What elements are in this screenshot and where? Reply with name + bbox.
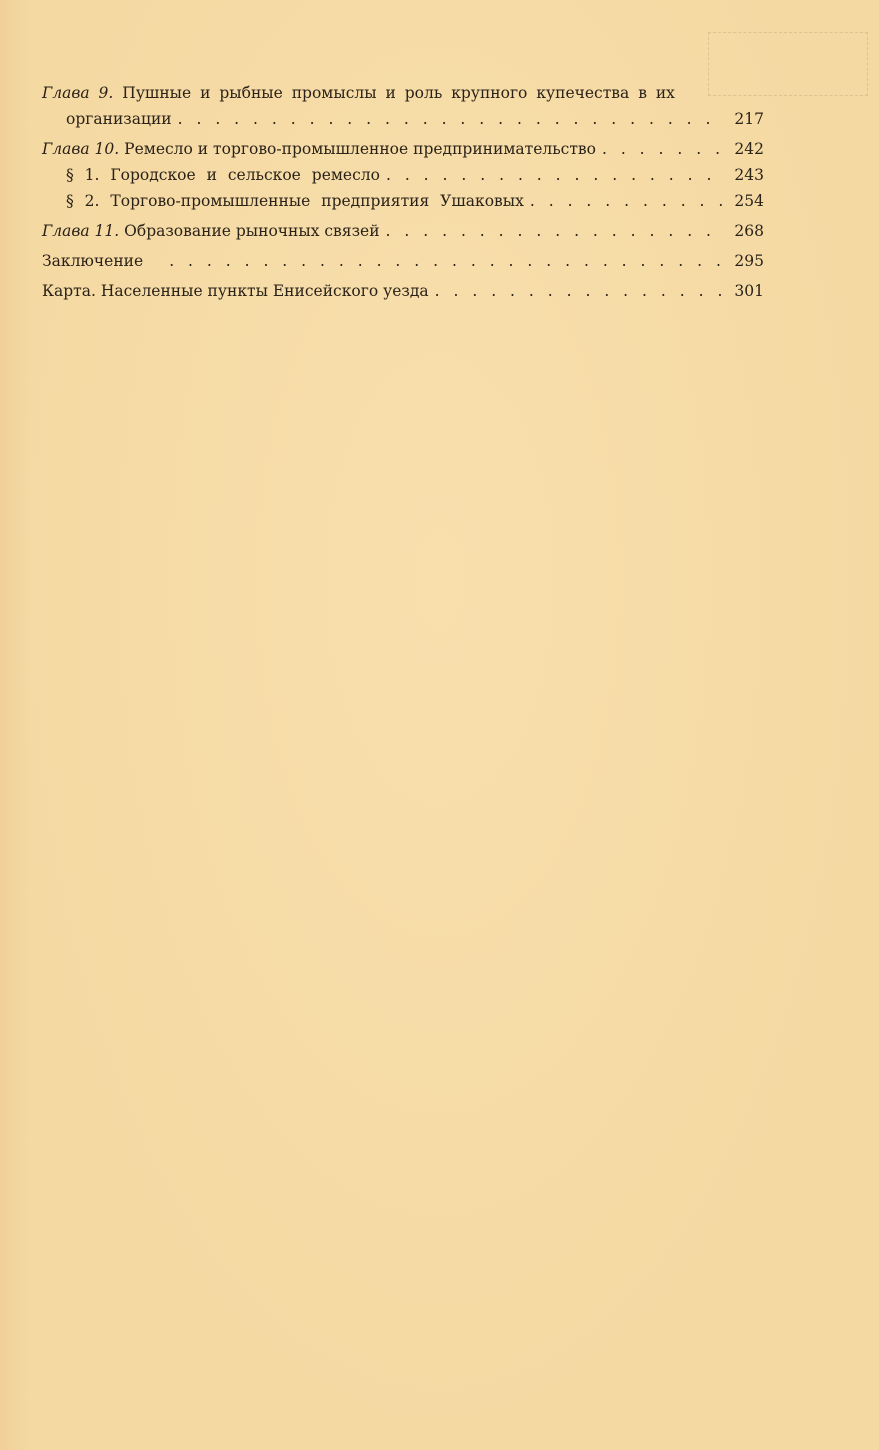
page-number: 243	[732, 162, 764, 188]
page-number: 217	[732, 106, 764, 132]
page-number: 295	[732, 248, 764, 274]
chapter-label: Глава 11.	[42, 222, 119, 240]
page-number: 268	[732, 218, 764, 244]
toc-entry-map: Карта. Населенные пункты Енисейского уез…	[42, 278, 764, 304]
chapter-title-continuation: организации	[66, 106, 172, 132]
dot-leader	[602, 136, 726, 162]
conclusion-title: Заключение	[42, 248, 143, 274]
chapter-title: Пушные и рыбные промыслы и роль крупного…	[122, 84, 675, 102]
toc-entry-section-2: § 2. Торгово-промышленные предприятия Уш…	[42, 188, 764, 214]
section-title: § 1. Городское и сельское ремесло	[66, 162, 380, 188]
toc-entry-chapter-11: Глава 11. Образование рыночных связей 26…	[42, 218, 764, 244]
toc-entry-chapter-9: Глава 9. Пушные и рыбные промыслы и роль…	[42, 80, 764, 132]
map-title: Карта. Населенные пункты Енисейского уез…	[42, 278, 429, 304]
scanned-page: Глава 9. Пушные и рыбные промыслы и роль…	[0, 0, 879, 1450]
dot-leader	[178, 106, 726, 132]
dot-leader	[435, 278, 726, 304]
chapter-title: Ремесло и торгово-промышленное предприни…	[124, 140, 596, 158]
page-number: 301	[732, 278, 764, 304]
dot-leader	[386, 162, 726, 188]
page-number: 254	[732, 188, 764, 214]
dot-leader	[169, 248, 726, 274]
chapter-label: Глава 9.	[42, 84, 113, 102]
dot-leader	[530, 188, 726, 214]
toc-entry-conclusion: Заключение 295	[42, 248, 764, 274]
section-title: § 2. Торгово-промышленные предприятия Уш…	[66, 188, 524, 214]
table-of-contents: Глава 9. Пушные и рыбные промыслы и роль…	[42, 80, 764, 304]
toc-entry-section-1: § 1. Городское и сельское ремесло 243	[42, 162, 764, 188]
dot-leader	[386, 218, 726, 244]
toc-entry-chapter-10: Глава 10. Ремесло и торгово-промышленное…	[42, 136, 764, 162]
page-number: 242	[732, 136, 764, 162]
chapter-title: Образование рыночных связей	[124, 222, 379, 240]
chapter-label: Глава 10.	[42, 140, 119, 158]
